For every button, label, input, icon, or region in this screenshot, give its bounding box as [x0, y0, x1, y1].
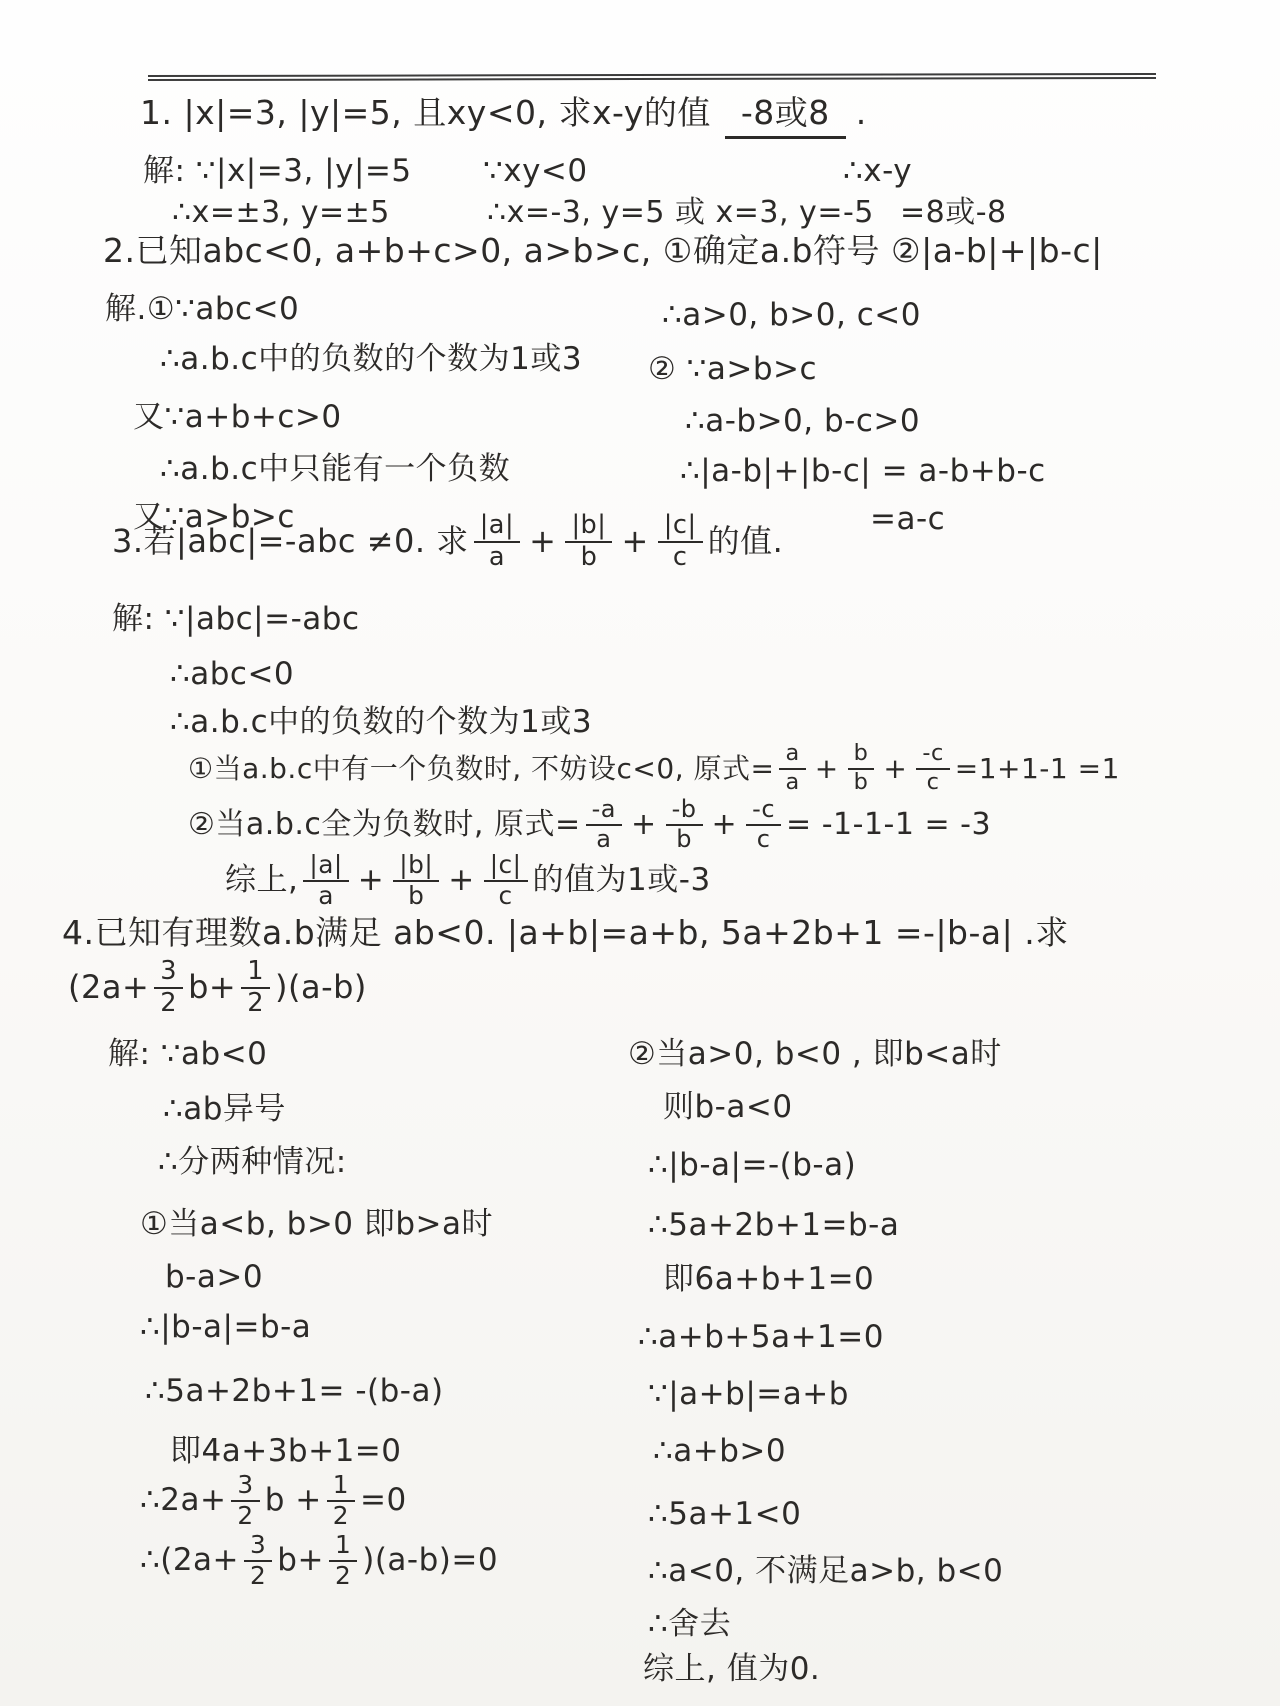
problem2-row-left: ∴a.b.c中的负数的个数为1或3 [160, 340, 582, 379]
problem2-row-right: =a-c [870, 500, 945, 539]
problem3-given: 解: ∵|abc|=-abc [112, 600, 360, 639]
problem4-eq2-pre: ∴(2a+ [140, 1541, 239, 1580]
problem4-right-line: ∵|a+b|=a+b [648, 1375, 849, 1414]
fraction: -bb [666, 797, 703, 852]
problem4-expr-mid: b+ [188, 967, 236, 1007]
fraction: bb [848, 742, 875, 794]
problem4-right-line: 则b-a<0 [663, 1088, 793, 1127]
fraction-three-halves: 32 [244, 1532, 272, 1589]
plus-sign: + [529, 521, 556, 561]
problem4-expression: (2a+ 32 b+ 12 )(a-b) [68, 958, 367, 1017]
problem4-right-line: ∴a+b+5a+1=0 [638, 1318, 884, 1357]
problem4-left-eq1: ∴2a+ 32 b + 12 =0 [140, 1472, 407, 1529]
problem4-expr-pre: (2a+ [68, 967, 149, 1007]
problem4-statement: 4.已知有理数a.b满足 ab<0. |a+b|=a+b, 5a+2b+1 =-… [62, 912, 1069, 953]
fraction: aa [779, 742, 805, 794]
problem4-eq2-mid: b+ [277, 1541, 324, 1580]
problem3-conclusion-post: 的值为1或-3 [533, 861, 711, 900]
problem2-row-left: 解.①∵abc<0 [105, 290, 299, 329]
problem4-right-line: ∴舍去 [648, 1605, 731, 1644]
fraction-abs-a: |a|a [474, 512, 520, 571]
problem3-case2: ②当a.b.c全为负数时, 原式= -aa + -bb + -cc = -1-1… [188, 797, 991, 852]
problem4-left-line: 解: ∵ab<0 [108, 1035, 267, 1074]
problem4-right-line: ∴a<0, 不满足a>b, b<0 [648, 1552, 1003, 1591]
problem1-row1-col2: ∵xy<0 [483, 152, 588, 191]
fraction-abs-a: |a|a [303, 852, 348, 909]
problem4-right-line: ②当a>0, b<0 , 即b<a时 [628, 1035, 1002, 1074]
problem2-row-left: ∴a.b.c中只能有一个负数 [160, 450, 510, 489]
fraction: -aa [586, 797, 622, 852]
problem3-conclusion: 综上, |a|a + |b|b + |c|c 的值为1或-3 [225, 852, 711, 909]
problem1-row2-col2: ∴x=-3, y=5 或 x=3, y=-5 [487, 194, 874, 232]
plus-sign: + [883, 751, 907, 786]
plus-sign: + [712, 806, 738, 844]
problem2-row-right: ∴|a-b|+|b-c| = a-b+b-c [680, 452, 1046, 491]
fraction-one-half: 12 [329, 1532, 357, 1589]
problem3-case1-post: =1+1-1 =1 [955, 751, 1120, 786]
fraction-abs-c: |c|c [484, 852, 528, 909]
problem4-eq1-mid: b + [265, 1481, 322, 1520]
problem4-eq2-post: )(a-b)=0 [362, 1541, 498, 1580]
problem4-eq1-post: =0 [360, 1481, 407, 1520]
problem4-left-line: ①当a<b, b>0 即b>a时 [140, 1205, 493, 1244]
fraction-abs-b: |b|b [565, 512, 612, 571]
problem4-left-line: ∴5a+2b+1= -(b-a) [145, 1372, 444, 1411]
homework-page: 1. |x|=3, |y|=5, 且xy<0, 求x-y的值-8或8. 解: ∵… [0, 0, 1280, 1706]
problem4-left-line: ∴ab异号 [163, 1090, 286, 1129]
problem4-right-line: ∴5a+2b+1=b-a [648, 1206, 899, 1245]
notebook-double-rule [148, 73, 1156, 81]
problem2-row-right: ∴a>0, b>0, c<0 [662, 296, 921, 335]
problem1-period: . [856, 93, 867, 132]
problem1-row1-col1: 解: ∵|x|=3, |y|=5 [143, 152, 412, 191]
problem1-row2-col3: =8或-8 [900, 194, 1007, 232]
problem1-statement: 1. |x|=3, |y|=5, 且xy<0, 求x-y的值-8或8. [140, 92, 867, 139]
problem3-case1: ①当a.b.c中有一个负数时, 不妨设c<0, 原式= aa + bb + -c… [188, 742, 1120, 794]
fraction: -cc [916, 742, 949, 794]
problem1-answer: -8或8 [725, 92, 846, 139]
plus-sign: + [621, 521, 648, 561]
problem1-row1-col3: ∴x-y [843, 152, 912, 191]
problem4-right-line: 即6a+b+1=0 [663, 1260, 874, 1299]
fraction: -cc [746, 797, 781, 852]
fraction-one-half: 12 [327, 1472, 355, 1529]
problem4-right-line: ∴a+b>0 [653, 1432, 786, 1471]
problem2-row-right: ∴a-b>0, b-c>0 [685, 402, 920, 441]
problem3-case1-pre: ①当a.b.c中有一个负数时, 不妨设c<0, 原式= [188, 751, 774, 786]
problem4-left-eq2: ∴(2a+ 32 b+ 12 )(a-b)=0 [140, 1532, 498, 1589]
problem4-left-line: b-a>0 [165, 1258, 263, 1297]
plus-sign: + [631, 806, 657, 844]
problem3-statement: 3.若|abc|=-abc ≠0. 求 |a|a + |b|b + |c|c 的… [112, 512, 783, 571]
problem3-statement-pre: 3.若|abc|=-abc ≠0. 求 [112, 521, 469, 561]
problem4-expr-post: )(a-b) [275, 967, 367, 1007]
problem1-statement-text: 1. |x|=3, |y|=5, 且xy<0, 求x-y的值 [140, 93, 711, 132]
problem4-right-line: 综上, 值为0. [643, 1650, 820, 1689]
problem2-row-right: ② ∵a>b>c [648, 350, 817, 389]
fraction-three-halves: 32 [231, 1472, 259, 1529]
plus-sign: + [815, 751, 839, 786]
problem2-statement: 2.已知abc<0, a+b+c>0, a>b>c, ①确定a.b符号 ②|a-… [103, 230, 1103, 271]
fraction-one-half: 12 [241, 958, 270, 1017]
problem4-right-line: ∴5a+1<0 [648, 1495, 801, 1534]
fraction-abs-c: |c|c [658, 512, 703, 571]
fraction-abs-b: |b|b [393, 852, 439, 909]
problem4-left-line: ∴分两种情况: [158, 1143, 347, 1182]
problem3-statement-post: 的值. [708, 521, 784, 561]
problem4-left-line: 即4a+3b+1=0 [170, 1432, 402, 1471]
problem3-count: ∴a.b.c中的负数的个数为1或3 [170, 703, 592, 742]
problem4-left-line: ∴|b-a|=b-a [140, 1308, 311, 1347]
problem3-case2-pre: ②当a.b.c全为负数时, 原式= [188, 806, 581, 844]
problem3-conclusion-pre: 综上, [225, 861, 298, 900]
problem3-case2-post: = -1-1-1 = -3 [786, 806, 991, 844]
plus-sign: + [448, 861, 474, 900]
fraction-three-halves: 32 [154, 958, 183, 1017]
problem4-eq1-pre: ∴2a+ [140, 1481, 226, 1520]
plus-sign: + [358, 861, 384, 900]
problem2-row-left: 又∵a+b+c>0 [133, 398, 342, 437]
problem1-row2-col1: ∴x=±3, y=±5 [172, 194, 390, 232]
problem4-right-line: ∴|b-a|=-(b-a) [648, 1146, 856, 1185]
problem3-abc-neg: ∴abc<0 [170, 655, 294, 694]
